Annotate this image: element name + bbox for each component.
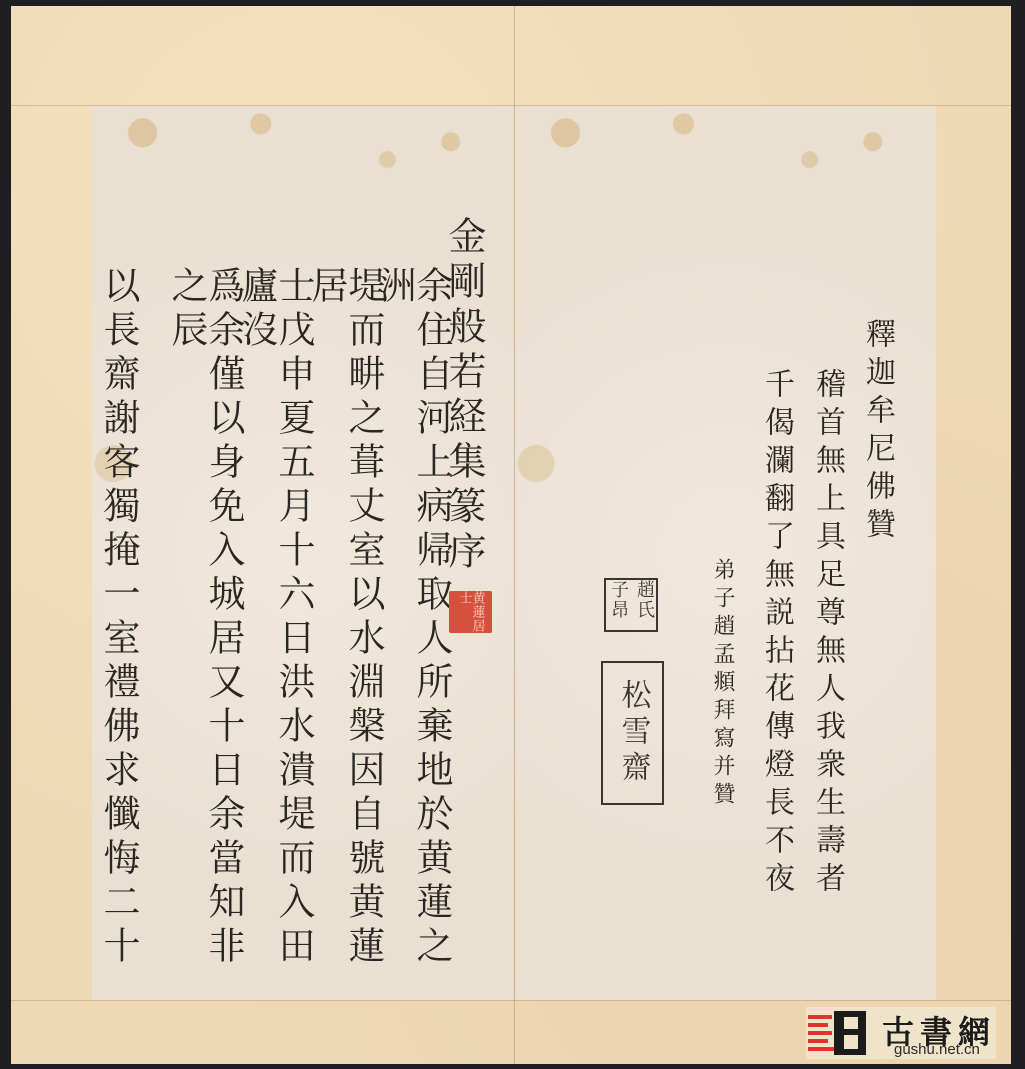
right-title: 釋迦牟尼佛贊 (862, 318, 892, 546)
seal-zhao-ziang: 趙氏子昂 (604, 578, 658, 632)
text-column-5: 以長齋謝客獨掩一室禮佛求懺悔二十 (100, 266, 137, 970)
verse-column-1: 稽首無上具足尊無人我衆生壽者 (812, 368, 842, 900)
watermark-url: gushu.net.cn (894, 1041, 980, 1058)
watermark-logo: 古書網 gushu.net.cn (806, 1007, 996, 1059)
gushu-logo-icon (808, 1011, 868, 1055)
red-seal: 黄蓮居士 (449, 591, 492, 633)
text-column-2: 堤而畊之葺丈室以水淵槃因自號黄蓮居 (308, 266, 382, 1000)
text-column-4: 爲余僅以身免入城居又十日余當知非之辰 (168, 266, 242, 1000)
center-fold (514, 6, 515, 1064)
mount-border-bottom (11, 1000, 1011, 1001)
text-column-3: 士戊申夏五月十六日洪水潰堤而入田廬沒 (238, 266, 312, 1000)
right-page: 釋迦牟尼佛贊 稽首無上具足尊無人我衆生壽者 千偈瀾翻了無説拈花傳燈長不夜 弟子趙… (515, 106, 936, 1000)
left-page: 金剛般若経集篆序 余住自河上病帰取人所棄地於黄蓮之洲 堤而畊之葺丈室以水淵槃因自… (92, 106, 514, 1000)
verse-column-2: 千偈瀾翻了無説拈花傳燈長不夜 (761, 368, 791, 900)
seal-songxuezhai: 松雪齋 (601, 661, 664, 805)
signature-column: 弟子趙孟頫拜寫并贊 (711, 558, 733, 810)
text-column-1: 余住自河上病帰取人所棄地於黄蓮之洲 (376, 266, 450, 1000)
